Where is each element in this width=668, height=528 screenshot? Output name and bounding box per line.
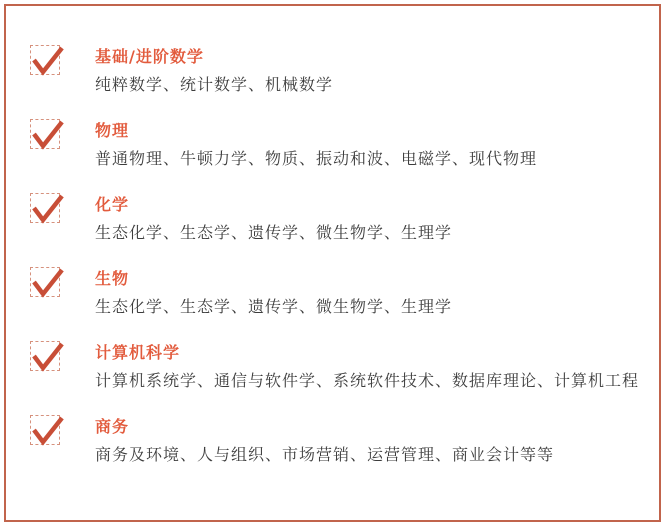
checkbox-math[interactable] xyxy=(30,45,60,75)
checkbox-business[interactable] xyxy=(30,415,60,445)
subject-row-math: 基础/进阶数学 纯粹数学、统计数学、机械数学 xyxy=(30,45,639,96)
checkbox-chemistry[interactable] xyxy=(30,193,60,223)
subject-description: 普通物理、牛顿力学、物质、振动和波、电磁学、现代物理 xyxy=(95,148,537,170)
checkbox-biology[interactable] xyxy=(30,267,60,297)
checkmark-icon xyxy=(31,268,61,298)
subject-description: 生态化学、生态学、遗传学、微生物学、生理学 xyxy=(95,222,452,244)
subject-title: 计算机科学 xyxy=(95,342,639,364)
subject-row-chemistry: 化学 生态化学、生态学、遗传学、微生物学、生理学 xyxy=(30,193,639,244)
checkbox-computer-science[interactable] xyxy=(30,341,60,371)
subject-description: 商务及环境、人与组织、市场营销、运营管理、商业会计等等 xyxy=(95,444,554,466)
subject-row-physics: 物理 普通物理、牛顿力学、物质、振动和波、电磁学、现代物理 xyxy=(30,119,639,170)
subject-row-business: 商务 商务及环境、人与组织、市场营销、运营管理、商业会计等等 xyxy=(30,415,639,466)
subject-description: 生态化学、生态学、遗传学、微生物学、生理学 xyxy=(95,296,452,318)
checkmark-icon xyxy=(31,194,61,224)
subjects-card: 基础/进阶数学 纯粹数学、统计数学、机械数学 物理 普通物理、牛顿力学、物质、振… xyxy=(4,4,661,522)
subject-title: 基础/进阶数学 xyxy=(95,46,333,68)
subject-title: 化学 xyxy=(95,194,452,216)
subject-description: 纯粹数学、统计数学、机械数学 xyxy=(95,74,333,96)
subject-title: 生物 xyxy=(95,268,452,290)
subject-title: 商务 xyxy=(95,416,554,438)
checkmark-icon xyxy=(31,120,61,150)
subject-row-biology: 生物 生态化学、生态学、遗传学、微生物学、生理学 xyxy=(30,267,639,318)
subject-title: 物理 xyxy=(95,120,537,142)
subject-description: 计算机系统学、通信与软件学、系统软件技术、数据库理论、计算机工程 xyxy=(95,370,639,392)
subject-row-computer-science: 计算机科学 计算机系统学、通信与软件学、系统软件技术、数据库理论、计算机工程 xyxy=(30,341,639,392)
checkbox-physics[interactable] xyxy=(30,119,60,149)
checkmark-icon xyxy=(31,46,61,76)
checkmark-icon xyxy=(31,342,61,372)
checkmark-icon xyxy=(31,416,61,446)
